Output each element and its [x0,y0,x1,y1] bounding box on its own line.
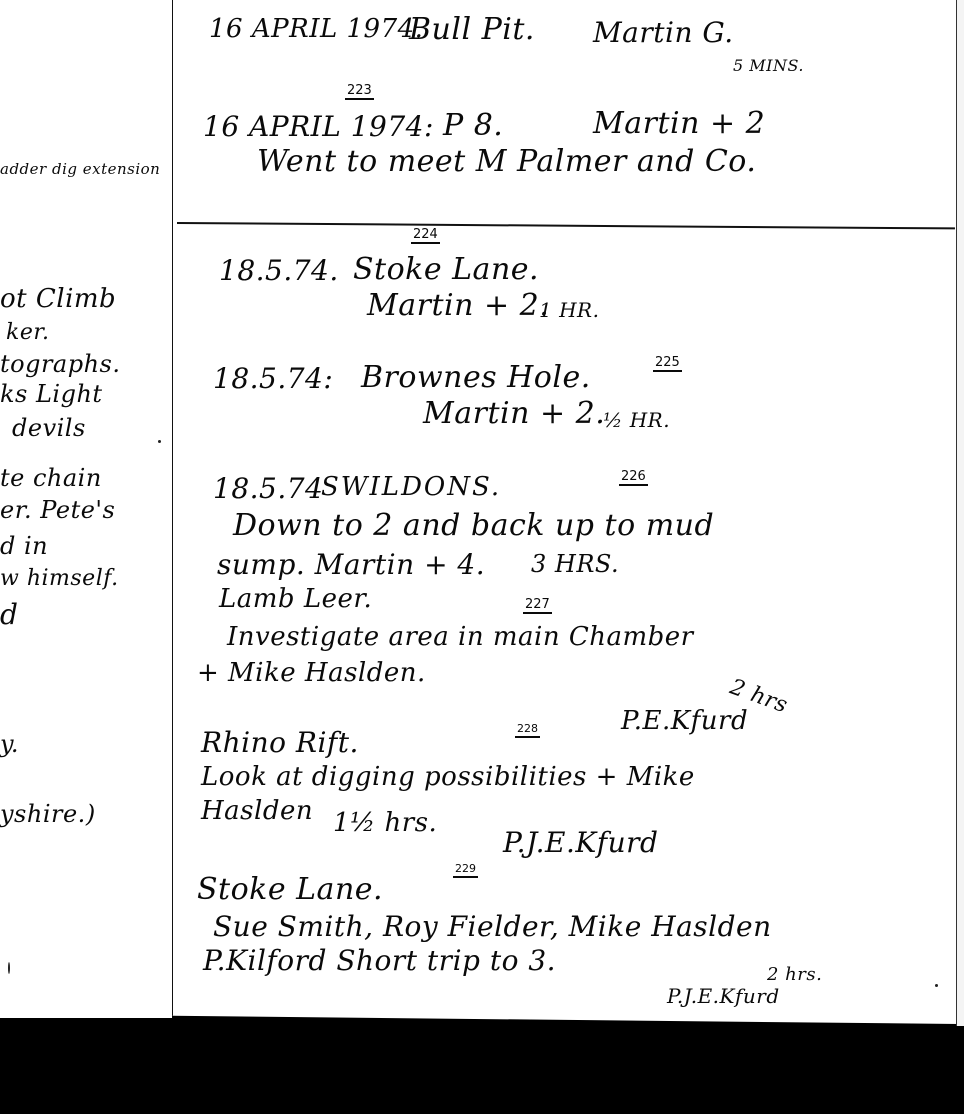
entry-cave: Stoke Lane. [197,872,383,907]
left-fragment: d in [0,532,48,560]
entry-number: 226 [619,470,648,486]
entry-party: Martin + 2. [423,396,605,431]
left-fragment: yshire.) [0,800,96,828]
entry-number: 224 [411,228,440,244]
entry-party: Martin + 2. [367,288,549,323]
left-fragment: tographs. [0,350,121,378]
entry-number: 228 [515,722,540,738]
entry-number: 229 [453,862,478,878]
entry-date: 18.5.74 [213,472,323,505]
left-fragment: er. Pete's [0,496,115,524]
right-page: 16 APRIL 1974. Bull Pit. Martin G. 5 MIN… [172,0,959,1024]
entry-signature: P.J.E.Kfurd [667,984,780,1008]
entry-duration: ½ HR. [603,408,670,432]
left-fragment: w himself. [0,566,119,591]
entry-number: 225 [653,356,682,372]
left-fragment: d [0,598,18,631]
entry-date: 16 APRIL 1974: [203,110,434,143]
section-divider [177,222,955,229]
entry-notes-line2: + Mike Haslden. [197,658,426,688]
entry-notes-line2: Haslden [201,796,313,826]
left-fragment: ks Light [0,380,103,408]
header-date: 16 APRIL 1974. [209,14,423,44]
left-fragment: adder dig extension [0,160,160,178]
left-fragment: ker. [6,320,49,345]
entry-signature: P.E.Kfurd [621,706,748,736]
entry-notes-line2: sump. Martin + 4. [217,548,485,581]
entry-cave: Stoke Lane. [353,252,539,287]
entry-notes: Went to meet M Palmer and Co. [257,144,756,179]
entry-cave: Rhino Rift. [201,726,359,759]
header-duration: 5 MINS. [733,56,804,75]
entry-duration: 2 hrs. [767,964,822,985]
left-fragment: devils [12,414,86,442]
entry-cave: P 8. [443,108,503,143]
entry-duration: 3 HRS. [531,550,619,578]
margin-mark [8,962,10,974]
header-party: Martin G. [593,16,734,49]
page-edge [956,0,964,1026]
entry-notes-line1: Down to 2 and back up to mud [233,508,714,543]
entry-notes-line2: P.Kilford Short trip to 3. [203,944,556,977]
left-fragment: y. [0,730,19,758]
margin-mark [935,984,938,987]
entry-notes-line1: Look at digging possibilities + Mike [201,762,695,792]
left-fragment: ot Climb [0,284,116,314]
entry-date: 18.5.74. [219,254,339,287]
entry-duration: 1½ hrs. [333,808,437,838]
entry-cave: SWILDONS. [321,472,501,502]
entry-notes-line1: Sue Smith, Roy Fielder, Mike Haslden [213,910,772,943]
header-cave: Bull Pit. [409,12,535,47]
margin-mark [158,440,161,443]
entry-party: Martin + 2 [593,106,765,141]
entry-signature: P.J.E.Kfurd [503,826,658,859]
entry-number: 227 [523,598,552,614]
entry-duration: 1 HR. [539,298,599,322]
left-fragment: te chain [0,464,102,492]
entry-cave: Lamb Leer. [219,584,372,614]
entry-notes-line1: Investigate area in main Chamber [227,622,694,652]
left-page: adder dig extension ot Climb ker. tograp… [0,0,172,1018]
entry-number: 223 [345,84,374,100]
entry-date: 18.5.74: [213,362,333,395]
entry-cave: Brownes Hole. [361,360,591,395]
